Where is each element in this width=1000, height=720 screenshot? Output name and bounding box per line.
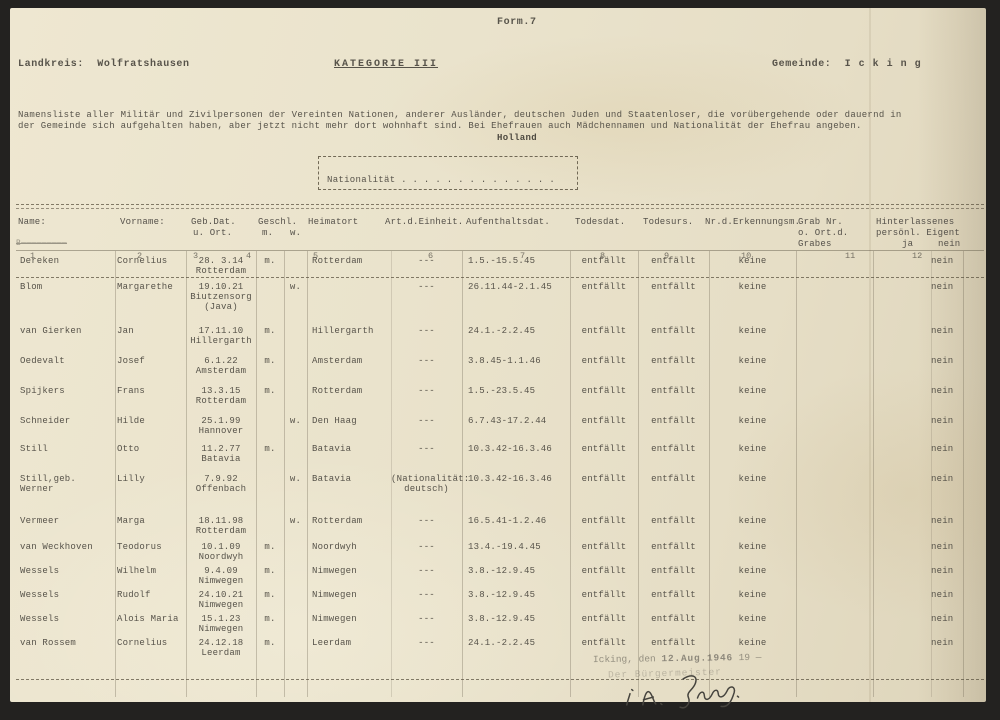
cell-aufenthalt: 13.4.-19.4.45 xyxy=(462,538,570,552)
cell-erkennung: keine xyxy=(709,440,796,454)
date-place-label: Icking, den xyxy=(593,653,656,665)
gemeinde-label: Gemeinde: xyxy=(772,59,831,70)
cell-gebdat: 19.10.21Biutzensorg(Java) xyxy=(186,278,256,312)
cell-name: Blom xyxy=(16,278,115,292)
landkreis-label: Landkreis: xyxy=(18,59,84,70)
cell-geschlecht-w xyxy=(284,538,307,542)
table-row: WesselsWilhelm9.4.09Nimwegenm.Nimwegen--… xyxy=(16,562,982,586)
table-body: DerekenCornelius28. 3.14Rotterdamm.Rotte… xyxy=(16,252,982,660)
cell-name: van Gierken xyxy=(16,322,115,336)
cell-aufenthalt: 3.8.-12.9.45 xyxy=(462,610,570,624)
cell-todesdat: entfällt xyxy=(570,634,638,648)
column-number: 9 xyxy=(664,251,669,261)
cell-geschlecht-m: m. xyxy=(256,538,284,552)
cell-vorname: Cornelius xyxy=(115,634,186,648)
table-row: WesselsAlois Maria15.1.23Nimwegenm.Nimwe… xyxy=(16,610,982,634)
cell-einheit: --- xyxy=(391,538,462,552)
cell-geschlecht-w: w. xyxy=(284,512,307,526)
column-rule xyxy=(462,251,463,697)
column-rule xyxy=(391,251,392,697)
cell-heimatort: Rotterdam xyxy=(307,252,391,266)
date-dash: — xyxy=(756,652,762,663)
cell-erkennung: keine xyxy=(709,278,796,292)
cell-name: Still xyxy=(16,440,115,454)
column-rule xyxy=(570,251,571,697)
cell-grab xyxy=(796,382,873,386)
cell-todesdat: entfällt xyxy=(570,440,638,454)
cell-geschlecht-w xyxy=(284,382,307,386)
cell-todesurs: entfällt xyxy=(638,322,709,336)
cell-gebdat: 9.4.09Nimwegen xyxy=(186,562,256,586)
cell-gebdat: 6.1.22Amsterdam xyxy=(186,352,256,376)
header-gebdat-2: u. Ort. xyxy=(193,228,232,239)
cell-geschlecht-m xyxy=(256,278,284,282)
cell-eigentum: nein xyxy=(873,322,982,336)
cell-heimatort: Nimwegen xyxy=(307,562,391,576)
cell-vorname: Frans xyxy=(115,382,186,396)
cell-todesurs: entfällt xyxy=(638,538,709,552)
divider-top-2 xyxy=(16,208,984,209)
cell-name: van Rossem xyxy=(16,634,115,648)
cell-einheit: (Nationalität:deutsch) xyxy=(391,470,462,494)
cell-einheit: --- xyxy=(391,634,462,648)
cell-geschlecht-m: m. xyxy=(256,252,284,266)
cell-einheit: --- xyxy=(391,610,462,624)
cell-aufenthalt: 1.5.-23.5.45 xyxy=(462,382,570,396)
cell-geschlecht-m: m. xyxy=(256,352,284,366)
column-rule xyxy=(307,251,308,697)
cell-geschlecht-w: w. xyxy=(284,278,307,292)
cell-vorname: Margarethe xyxy=(115,278,186,292)
column-rule xyxy=(638,251,639,697)
header-grab-3: Grabes xyxy=(798,239,832,250)
cell-gebdat: 7.9.92Offenbach xyxy=(186,470,256,494)
cell-grab xyxy=(796,322,873,326)
cell-vorname: Otto xyxy=(115,440,186,454)
cell-aufenthalt: 1.5.-15.5.45 xyxy=(462,252,570,266)
header-geschlecht-m: m. xyxy=(262,228,273,239)
header-eigentum-1: Hinterlassenes xyxy=(876,217,954,228)
cell-gebdat: 24.10.21Nimwegen xyxy=(186,586,256,610)
form-number: Form.7 xyxy=(497,18,537,29)
header-geschlecht: Geschl. xyxy=(258,217,297,228)
cell-eigentum: nein xyxy=(873,352,982,366)
cell-geschlecht-m: m. xyxy=(256,440,284,454)
column-rule xyxy=(115,251,116,697)
cell-grab xyxy=(796,352,873,356)
cell-erkennung: keine xyxy=(709,252,796,266)
cell-erkennung: keine xyxy=(709,412,796,426)
cell-geschlecht-m xyxy=(256,470,284,474)
table-row: VermeerMarga18.11.98Rotterdamw.Rotterdam… xyxy=(16,512,982,538)
cell-aufenthalt: 16.5.41-1.2.46 xyxy=(462,512,570,526)
header-eigentum-2: persönl. Eigent xyxy=(876,228,960,239)
header-todesurs: Todesurs. xyxy=(643,217,693,228)
cell-erkennung: keine xyxy=(709,322,796,336)
scanned-document-page: { "page": { "form_no": "Form.7", "landkr… xyxy=(0,0,1000,720)
cell-geschlecht-w xyxy=(284,610,307,614)
cell-erkennung: keine xyxy=(709,538,796,552)
table-row: van GierkenJan17.11.10Hillergarthm.Hille… xyxy=(16,322,982,352)
cell-todesdat: entfällt xyxy=(570,586,638,600)
cell-geschlecht-w xyxy=(284,352,307,356)
cell-gebdat: 10.1.09Noordwyh xyxy=(186,538,256,562)
cell-erkennung: keine xyxy=(709,352,796,366)
landkreis-value: Wolfratshausen xyxy=(97,59,189,70)
cell-todesurs: entfällt xyxy=(638,412,709,426)
divider-top-1 xyxy=(16,204,984,205)
cell-vorname: Hilde xyxy=(115,412,186,426)
cell-geschlecht-w xyxy=(284,562,307,566)
cell-grab xyxy=(796,412,873,416)
cell-todesdat: entfällt xyxy=(570,412,638,426)
cell-name: Vermeer xyxy=(16,512,115,526)
cell-todesurs: entfällt xyxy=(638,610,709,624)
landkreis-line: Landkreis: Wolfratshausen xyxy=(18,60,190,71)
cell-heimatort: Nimwegen xyxy=(307,610,391,624)
cell-gebdat: 11.2.77Batavia xyxy=(186,440,256,464)
cell-todesdat: entfällt xyxy=(570,382,638,396)
cell-geschlecht-m: m. xyxy=(256,634,284,648)
cell-heimatort: Amsterdam xyxy=(307,352,391,366)
cell-todesurs: entfällt xyxy=(638,562,709,576)
header-name: Name: xyxy=(18,217,46,228)
header-bottom-rule xyxy=(16,250,984,251)
cell-erkennung: keine xyxy=(709,470,796,484)
cell-todesdat: entfällt xyxy=(570,512,638,526)
cell-grab xyxy=(796,586,873,590)
cell-eigentum: nein xyxy=(873,382,982,396)
cell-vorname: Lilly xyxy=(115,470,186,484)
cell-vorname: Teodorus xyxy=(115,538,186,552)
column-number: 6 xyxy=(428,251,433,261)
cell-eigentum: nein xyxy=(873,634,982,648)
cell-geschlecht-m xyxy=(256,412,284,416)
cell-grab xyxy=(796,562,873,566)
cell-eigentum: nein xyxy=(873,440,982,454)
cell-geschlecht-w xyxy=(284,440,307,444)
cell-heimatort: Nimwegen xyxy=(307,586,391,600)
cell-heimatort: Batavia xyxy=(307,440,391,454)
cell-gebdat: 24.12.18Leerdam xyxy=(186,634,256,658)
table-row: van RossemCornelius24.12.18Leerdamm.Leer… xyxy=(16,634,982,660)
gemeinde-line: Gemeinde: I c k i n g xyxy=(772,60,922,71)
cell-grab xyxy=(796,440,873,444)
cell-einheit: --- xyxy=(391,382,462,396)
column-number: 12 xyxy=(912,251,922,261)
cell-geschlecht-w xyxy=(284,586,307,590)
struck-out-mark: B───────── xyxy=(16,239,67,250)
header-einheit: Art.d.Einheit. xyxy=(385,217,463,228)
column-rule xyxy=(709,251,710,697)
cell-name: Wessels xyxy=(16,586,115,600)
cell-aufenthalt: 10.3.42-16.3.46 xyxy=(462,440,570,454)
intro-line-2: der Gemeinde sich aufgehalten haben, abe… xyxy=(18,121,862,132)
cell-todesurs: entfällt xyxy=(638,382,709,396)
cell-vorname: Alois Maria xyxy=(115,610,186,624)
cell-todesdat: entfällt xyxy=(570,322,638,336)
cell-geschlecht-w xyxy=(284,322,307,326)
cell-vorname: Josef xyxy=(115,352,186,366)
column-number: 3 xyxy=(193,251,198,261)
cell-erkennung: keine xyxy=(709,634,796,648)
cell-geschlecht-w xyxy=(284,252,307,256)
column-number: 11 xyxy=(845,251,855,261)
cell-heimatort: Den Haag xyxy=(307,412,391,426)
cell-heimatort: Rotterdam xyxy=(307,382,391,396)
cell-todesdat: entfällt xyxy=(570,538,638,552)
cell-erkennung: keine xyxy=(709,610,796,624)
cell-einheit: --- xyxy=(391,278,462,292)
cell-eigentum: nein xyxy=(873,586,982,600)
header-heimatort: Heimatort xyxy=(308,217,358,228)
holland-annotation: Holland xyxy=(497,133,537,144)
cell-todesurs: entfällt xyxy=(638,352,709,366)
cell-todesurs: entfällt xyxy=(638,252,709,266)
cell-geschlecht-m xyxy=(256,512,284,516)
column-number: 4 xyxy=(246,251,251,261)
cell-name: Wessels xyxy=(16,610,115,624)
cell-geschlecht-m: m. xyxy=(256,586,284,600)
first-row-underline xyxy=(16,277,984,278)
cell-heimatort: Batavia xyxy=(307,470,391,484)
cell-name: Schneider xyxy=(16,412,115,426)
cell-erkennung: keine xyxy=(709,382,796,396)
cell-aufenthalt: 26.11.44-2.1.45 xyxy=(462,278,570,292)
cell-heimatort: Rotterdam xyxy=(307,512,391,526)
cell-gebdat: 15.1.23Nimwegen xyxy=(186,610,256,634)
cell-erkennung: keine xyxy=(709,512,796,526)
cell-eigentum: nein xyxy=(873,252,982,266)
table-row: SpijkersFrans13.3.15Rotterdamm.Rotterdam… xyxy=(16,382,982,412)
cell-gebdat: 18.11.98Rotterdam xyxy=(186,512,256,536)
header-eigentum-nein: nein xyxy=(938,239,960,250)
cell-einheit: --- xyxy=(391,252,462,266)
cell-geschlecht-m: m. xyxy=(256,610,284,624)
header-eigentum-ja: ja xyxy=(902,239,913,250)
column-rule xyxy=(931,251,932,697)
cell-erkennung: keine xyxy=(709,562,796,576)
table-row: WesselsRudolf24.10.21Nimwegenm.Nimwegen-… xyxy=(16,586,982,610)
header-grab-2: o. Ort.d. xyxy=(798,228,848,239)
column-rule xyxy=(873,251,874,697)
cell-eigentum: nein xyxy=(873,538,982,552)
cell-geschlecht-w: w. xyxy=(284,412,307,426)
cell-aufenthalt: 3.8.-12.9.45 xyxy=(462,562,570,576)
nationality-box: Nationalität . . . . . . . . . . . . . . xyxy=(318,156,578,190)
cell-erkennung: keine xyxy=(709,586,796,600)
cell-eigentum: nein xyxy=(873,562,982,576)
table-row: SchneiderHilde25.1.99Hannoverw.Den Haag-… xyxy=(16,412,982,440)
column-number: 1 xyxy=(30,251,35,261)
cell-name: Spijkers xyxy=(16,382,115,396)
gemeinde-value: I c k i n g xyxy=(845,59,922,70)
cell-einheit: --- xyxy=(391,586,462,600)
cell-eigentum: nein xyxy=(873,610,982,624)
cell-todesdat: entfällt xyxy=(570,470,638,484)
cell-heimatort: Noordwyh xyxy=(307,538,391,552)
cell-gebdat: 13.3.15Rotterdam xyxy=(186,382,256,406)
cell-eigentum: nein xyxy=(873,412,982,426)
header-erkennungsmarke: Nr.d.Erkennungsm. xyxy=(705,217,800,228)
column-number: 2 xyxy=(137,251,142,261)
column-number: 8 xyxy=(600,251,605,261)
cell-todesurs: entfällt xyxy=(638,586,709,600)
cell-name: van Weckhoven xyxy=(16,538,115,552)
cell-grab xyxy=(796,252,873,256)
cell-aufenthalt: 10.3.42-16.3.46 xyxy=(462,470,570,484)
header-geschlecht-w: w. xyxy=(290,228,301,239)
header-aufenthalt: Aufenthaltsdat. xyxy=(466,217,550,228)
cell-grab xyxy=(796,512,873,516)
header-vorname: Vorname: xyxy=(120,217,165,228)
cell-aufenthalt: 24.1.-2.2.45 xyxy=(462,634,570,648)
cell-todesurs: entfällt xyxy=(638,278,709,292)
table-row: Still,geb.WernerLilly7.9.92Offenbachw.Ba… xyxy=(16,470,982,512)
cell-geschlecht-m: m. xyxy=(256,382,284,396)
table-row: van WeckhovenTeodorus10.1.09Noordwyhm.No… xyxy=(16,538,982,562)
cell-geschlecht-w: w. xyxy=(284,470,307,484)
cell-todesurs: entfällt xyxy=(638,440,709,454)
cell-aufenthalt: 3.8.45-1.1.46 xyxy=(462,352,570,366)
cell-todesdat: entfällt xyxy=(570,278,638,292)
cell-einheit: --- xyxy=(391,412,462,426)
cell-todesurs: entfällt xyxy=(638,512,709,526)
cell-vorname: Wilhelm xyxy=(115,562,186,576)
cell-gebdat: 17.11.10Hillergarth xyxy=(186,322,256,346)
cell-eigentum: nein xyxy=(873,512,982,526)
header-grab-1: Grab Nr. xyxy=(798,217,843,228)
cell-heimatort xyxy=(307,278,391,282)
table-row: BlomMargarethe19.10.21Biutzensorg(Java)w… xyxy=(16,278,982,322)
table-row: OedevaltJosef6.1.22Amsterdamm.Amsterdam-… xyxy=(16,352,982,382)
cell-gebdat: 25.1.99Hannover xyxy=(186,412,256,436)
date-line: Icking, den 12.Aug.1946 19 — xyxy=(593,652,762,665)
column-number: 10 xyxy=(741,251,751,261)
column-rule xyxy=(963,251,964,697)
header-todesdat: Todesdat. xyxy=(575,217,625,228)
cell-todesdat: entfällt xyxy=(570,352,638,366)
cell-einheit: --- xyxy=(391,440,462,454)
cell-vorname: Marga xyxy=(115,512,186,526)
cell-heimatort: Leerdam xyxy=(307,634,391,648)
column-number: 7 xyxy=(520,251,525,261)
cell-einheit: --- xyxy=(391,512,462,526)
cell-grab xyxy=(796,470,873,474)
cell-name: Wessels xyxy=(16,562,115,576)
cell-grab xyxy=(796,538,873,542)
cell-name: Oedevalt xyxy=(16,352,115,366)
table-row: DerekenCornelius28. 3.14Rotterdamm.Rotte… xyxy=(16,252,982,278)
cell-einheit: --- xyxy=(391,322,462,336)
cell-aufenthalt: 3.8.-12.9.45 xyxy=(462,586,570,600)
cell-aufenthalt: 24.1.-2.2.45 xyxy=(462,322,570,336)
cell-grab xyxy=(796,278,873,282)
date-stamp: 12.Aug.1946 xyxy=(661,652,733,664)
date-year: 19 xyxy=(739,652,751,663)
cell-geschlecht-m: m. xyxy=(256,322,284,336)
cell-todesurs: entfällt xyxy=(638,470,709,484)
cell-todesdat: entfällt xyxy=(570,610,638,624)
cell-vorname: Cornelius xyxy=(115,252,186,266)
intro-line-1: Namensliste aller Militär und Zivilperso… xyxy=(18,110,902,121)
table-bottom-rule xyxy=(16,679,984,680)
cell-name: Still,geb.Werner xyxy=(16,470,115,494)
cell-vorname: Jan xyxy=(115,322,186,336)
column-number: 5 xyxy=(313,251,318,261)
cell-eigentum: nein xyxy=(873,470,982,484)
cell-grab xyxy=(796,634,873,638)
cell-grab xyxy=(796,610,873,614)
nationality-box-label: Nationalität . . . . . . . . . . . . . . xyxy=(327,175,555,186)
cell-einheit: --- xyxy=(391,562,462,576)
column-rule xyxy=(284,251,285,697)
cell-einheit: --- xyxy=(391,352,462,366)
kategorie-title: KATEGORIE III xyxy=(334,60,438,71)
cell-geschlecht-m: m. xyxy=(256,562,284,576)
table-row: StillOtto11.2.77Bataviam.Batavia---10.3.… xyxy=(16,440,982,470)
cell-todesurs: entfällt xyxy=(638,634,709,648)
column-rule xyxy=(796,251,797,697)
header-gebdat-1: Geb.Dat. xyxy=(191,217,236,228)
cell-heimatort: Hillergarth xyxy=(307,322,391,336)
cell-aufenthalt: 6.7.43-17.2.44 xyxy=(462,412,570,426)
column-rule xyxy=(256,251,257,697)
cell-todesdat: entfällt xyxy=(570,562,638,576)
cell-vorname: Rudolf xyxy=(115,586,186,600)
cell-geschlecht-w xyxy=(284,634,307,638)
column-rule xyxy=(186,251,187,697)
cell-eigentum: nein xyxy=(873,278,982,292)
